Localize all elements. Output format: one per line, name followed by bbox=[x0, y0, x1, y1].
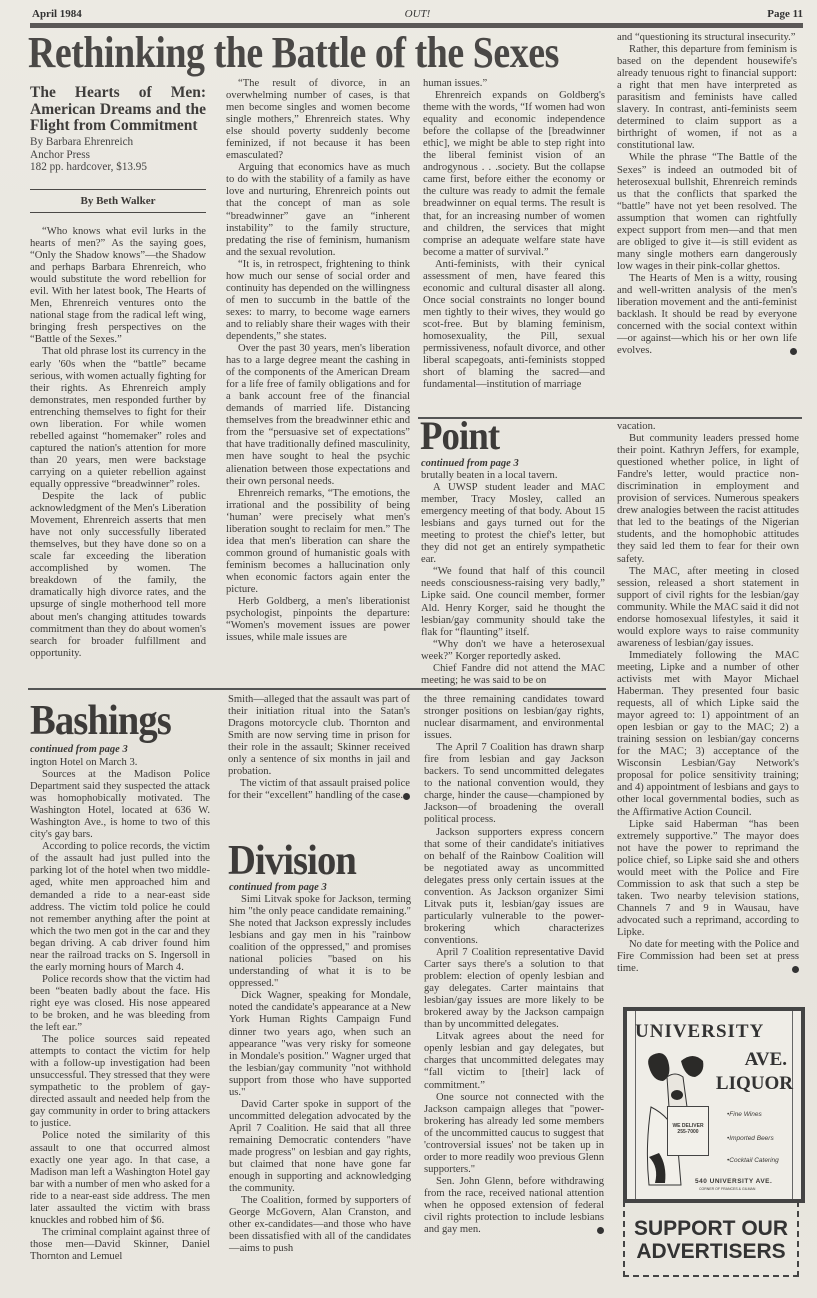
paragraph: Arguing that economics have as much to d… bbox=[226, 162, 410, 258]
paragraph: The Hearts of Men is a witty, rousing an… bbox=[617, 273, 797, 357]
paragraph: April 7 Coalition representative David C… bbox=[424, 947, 604, 1031]
paragraph-text: No date for meeting with the Police and … bbox=[617, 939, 799, 974]
point-continued-line: continued from page 3 bbox=[421, 458, 519, 469]
paragraph: “The result of divorce, in an overwhelmi… bbox=[226, 78, 410, 162]
paragraph: Lipke said Haberman “has been extremely … bbox=[617, 819, 799, 939]
publication-name: OUT! bbox=[32, 8, 803, 20]
paragraph: Anti-feminists, with their cynical asses… bbox=[423, 259, 605, 392]
section-divider bbox=[28, 688, 606, 690]
paragraph: “It is, in retrospect, frightening to th… bbox=[226, 259, 410, 343]
ad-item: •Imported Beers bbox=[727, 1135, 774, 1142]
paragraph: Dick Wagner, speaking for Mondale, noted… bbox=[229, 990, 411, 1098]
paragraph: “Why don't we have a heterosexual week?”… bbox=[421, 639, 605, 663]
ad-address-sub: CORNER OF FRANCES & GILMAN bbox=[699, 1187, 755, 1191]
paragraph: brutally beaten in a local tavern. bbox=[421, 470, 605, 482]
paragraph: Jackson supporters express concern that … bbox=[424, 827, 604, 947]
paragraph: No date for meeting with the Police and … bbox=[617, 939, 799, 975]
newspaper-page: April 1984 OUT! Page 11 Rethinking the B… bbox=[0, 0, 817, 1298]
paragraph: Police records show that the victim had … bbox=[30, 974, 210, 1034]
paragraph: Smith—alleged that the assault was part … bbox=[228, 694, 410, 778]
paragraph: Immediately following the MAC meeting, L… bbox=[617, 650, 799, 819]
page-number: Page 11 bbox=[767, 8, 803, 20]
ad-store-name-line: AVE. bbox=[745, 1049, 787, 1071]
paragraph: The April 7 Coalition has drawn sharp fi… bbox=[424, 742, 604, 826]
bashings-column-1: ington Hotel on March 3. Sources at the … bbox=[30, 757, 210, 1263]
paragraph: Ehrenreich remarks, “The emotions, the i… bbox=[226, 488, 410, 596]
paragraph: Police noted the similarity of this assa… bbox=[30, 1130, 210, 1226]
ad-item: •Fine Wines bbox=[727, 1111, 762, 1118]
book-meta: By Barbara Ehrenreich Anchor Press 182 p… bbox=[30, 136, 210, 174]
feature-column-3: human issues.” Ehrenreich expands on Gol… bbox=[423, 78, 605, 391]
paragraph: “Who knows what evil lurks in the hearts… bbox=[30, 226, 206, 346]
paragraph: Sen. John Glenn, before withdrawing from… bbox=[424, 1176, 604, 1236]
paragraph: Despite the lack of public acknowledgmen… bbox=[30, 491, 206, 660]
end-mark-icon bbox=[792, 966, 799, 973]
paragraph: The MAC, after meeting in closed session… bbox=[617, 566, 799, 650]
paragraph: the three remaining candidates toward st… bbox=[424, 694, 604, 742]
ad-bag-text: WE DELIVER 255-7000 bbox=[668, 1123, 708, 1135]
point-headline: Point bbox=[420, 416, 499, 456]
book-title-line: Flight from Commitment bbox=[30, 118, 206, 135]
paragraph: Sources at the Madison Police Department… bbox=[30, 769, 210, 841]
paragraph: Rather, this departure from feminism is … bbox=[617, 44, 797, 152]
point-column-2: vacation. But community leaders pressed … bbox=[617, 421, 799, 975]
bashings-column-2: Smith—alleged that the assault was part … bbox=[228, 694, 410, 802]
paragraph: That old phrase lost its currency in the… bbox=[30, 346, 206, 491]
division-headline: Division bbox=[228, 840, 356, 882]
point-column-1: brutally beaten in a local tavern. A UWS… bbox=[421, 470, 605, 687]
paragraph: According to police records, the victim … bbox=[30, 841, 210, 974]
bashings-continued-line: continued from page 3 bbox=[30, 744, 128, 755]
division-continued-line: continued from page 3 bbox=[229, 882, 327, 893]
book-title-line: American Dreams and the bbox=[30, 102, 206, 119]
house-ad-line: ADVERTISERS bbox=[625, 1240, 797, 1263]
paragraph: A UWSP student leader and MAC member, Tr… bbox=[421, 482, 605, 566]
feature-column-1: “Who knows what evil lurks in the hearts… bbox=[30, 226, 206, 660]
delivery-bag: WE DELIVER 255-7000 bbox=[667, 1106, 709, 1156]
end-mark-icon bbox=[403, 793, 410, 800]
feature-headline: Rethinking the Battle of the Sexes bbox=[28, 28, 527, 78]
book-author: By Barbara Ehrenreich bbox=[30, 136, 210, 149]
division-column-2: the three remaining candidates toward st… bbox=[424, 694, 604, 1236]
paragraph: Litvak agrees about the need for openly … bbox=[424, 1031, 604, 1091]
paragraph: The police sources said repeated attempt… bbox=[30, 1034, 210, 1130]
feature-column-4: and “questioning its structural insecuri… bbox=[617, 32, 797, 357]
ad-item: •Cocktail Catering bbox=[727, 1157, 779, 1164]
paragraph: While the phrase “The Battle of the Sexe… bbox=[617, 152, 797, 272]
liquor-store-advertisement[interactable]: UNIVERSITY AVE. LIQUOR WE DELIVER 255-70… bbox=[623, 1007, 805, 1203]
paragraph: The victim of that assault praised polic… bbox=[228, 778, 410, 802]
paragraph: Herb Goldberg, a men's liberationist psy… bbox=[226, 596, 410, 644]
book-title-line: The Hearts of Men: bbox=[30, 85, 206, 102]
end-mark-icon bbox=[597, 1227, 604, 1234]
book-title: The Hearts of Men: American Dreams and t… bbox=[30, 85, 206, 135]
masthead: April 1984 OUT! Page 11 bbox=[32, 8, 803, 22]
paragraph: David Carter spoke in support of the unc… bbox=[229, 1099, 411, 1195]
paragraph: “We found that half of this council need… bbox=[421, 566, 605, 638]
paragraph: One source not connected with the Jackso… bbox=[424, 1092, 604, 1176]
book-details: 182 pp. hardcover, $13.95 bbox=[30, 161, 210, 174]
division-column-1: Simi Litvak spoke for Jackson, terming h… bbox=[229, 894, 411, 1255]
end-mark-icon bbox=[790, 348, 797, 355]
paragraph: The Coalition, formed by supporters of G… bbox=[229, 1195, 411, 1255]
paragraph: Simi Litvak spoke for Jackson, terming h… bbox=[229, 894, 411, 990]
paragraph: The criminal complaint against three of … bbox=[30, 1227, 210, 1263]
paragraph-text: Sen. John Glenn, before withdrawing from… bbox=[424, 1176, 604, 1235]
house-ad-line: SUPPORT OUR bbox=[625, 1217, 797, 1240]
paragraph: Ehrenreich expands on Goldberg's theme w… bbox=[423, 90, 605, 259]
paragraph: Over the past 30 years, men's liberation… bbox=[226, 343, 410, 488]
paragraph: But community leaders pressed home their… bbox=[617, 433, 799, 566]
bashings-headline: Bashings bbox=[30, 700, 171, 742]
ad-address: 540 UNIVERSITY AVE. bbox=[695, 1178, 772, 1185]
book-publisher: Anchor Press bbox=[30, 149, 210, 162]
paragraph: human issues.” bbox=[423, 78, 605, 90]
paragraph-text: The Hearts of Men is a witty, rousing an… bbox=[617, 273, 797, 356]
paragraph: and “questioning its structural insecuri… bbox=[617, 32, 797, 44]
ad-store-name-line: LIQUOR bbox=[716, 1073, 793, 1095]
byline: By Beth Walker bbox=[30, 189, 206, 213]
feature-column-2: “The result of divorce, in an overwhelmi… bbox=[226, 78, 410, 644]
support-advertisers-box: SUPPORT OUR ADVERTISERS bbox=[623, 1201, 799, 1277]
paragraph: ington Hotel on March 3. bbox=[30, 757, 210, 769]
ad-store-name-line: UNIVERSITY bbox=[635, 1021, 764, 1043]
paragraph-text: The victim of that assault praised polic… bbox=[228, 778, 410, 801]
paragraph: Chief Fandre did not attend the MAC meet… bbox=[421, 663, 605, 687]
paragraph: vacation. bbox=[617, 421, 799, 433]
